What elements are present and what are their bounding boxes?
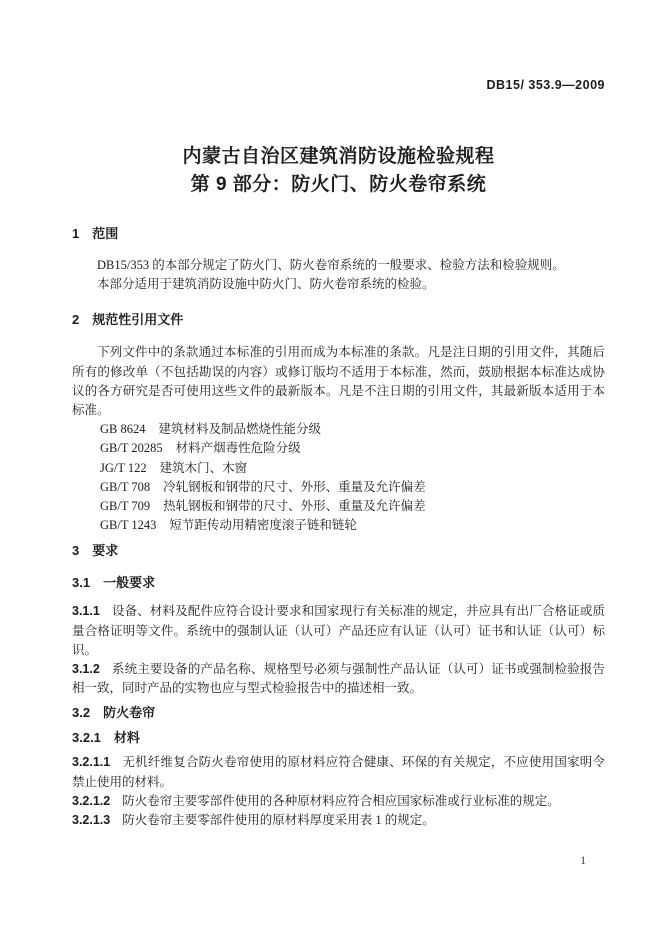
clause-3-1-1-text: 设备、材料及配件应符合设计要求和国家现行有关标准的规定，并应具有出厂合格证或质量… [72,604,605,656]
document-title: 内蒙古自治区建筑消防设施检验规程 第 9 部分：防火门、防火卷帘系统 [72,143,605,199]
reference-code: JG/T 122 [100,461,147,475]
section-3-2-number: 3.2 [72,705,90,720]
reference-title: 材料产烟毒性危险分级 [176,441,301,455]
clause-3-1-1-number: 3.1.1 [72,604,100,618]
section-3-2-heading: 3.2防火卷帘 [72,705,605,721]
doc-number: DB15/ 353.9—2009 [72,78,605,93]
list-item: GB/T 20285材料产烟毒性危险分级 [100,439,605,458]
clause-3-1-2: 3.1.2系统主要设备的产品名称、规格型号必须与强制性产品认证（认可）证书或强制… [72,660,605,698]
list-item: GB/T 1243短节距传动用精密度滚子链和链轮 [100,516,605,535]
normative-references-list: GB 8624建筑材料及制品燃烧性能分级 GB/T 20285材料产烟毒性危险分… [72,420,605,535]
clause-3-2-1-1: 3.2.1.1无机纤维复合防火卷帘使用的原材料应符合健康、环保的有关规定，不应使… [72,753,605,791]
list-item: JG/T 122建筑木门、木窗 [100,459,605,478]
page-number: 1 [580,855,586,867]
reference-code: GB/T 709 [100,499,150,513]
reference-title: 冷轧钢板和钢带的尺寸、外形、重量及允许偏差 [163,480,426,494]
clause-3-2-1-1-text: 无机纤维复合防火卷帘使用的原材料应符合健康、环保的有关规定，不应使用国家明令禁止… [72,755,605,788]
reference-title: 建筑材料及制品燃烧性能分级 [159,422,322,436]
section-1-number: 1 [72,226,79,241]
section-3-label: 要求 [92,543,118,558]
clause-3-2-1-3-number: 3.2.1.3 [72,813,110,827]
section-3-1-number: 3.1 [72,575,90,590]
document-title-line2: 第 9 部分：防火门、防火卷帘系统 [72,171,605,199]
section-2-label: 规范性引用文件 [92,312,183,327]
reference-title: 短节距传动用精密度滚子链和链轮 [169,518,357,532]
document-title-line1: 内蒙古自治区建筑消防设施检验规程 [72,143,605,171]
reference-title: 热轧钢板和钢带的尺寸、外形、重量及允许偏差 [163,499,426,513]
section-1-paragraph-1: DB15/353 的本部分规定了防火门、防火卷帘系统的一般要求、检验方法和检验规… [72,256,605,275]
list-item: GB 8624建筑材料及制品燃烧性能分级 [100,420,605,439]
reference-title: 建筑木门、木窗 [160,461,248,475]
reference-code: GB 8624 [100,422,146,436]
list-item: GB/T 708冷轧钢板和钢带的尺寸、外形、重量及允许偏差 [100,478,605,497]
section-3-heading: 3要求 [72,543,605,559]
list-item: GB/T 709热轧钢板和钢带的尺寸、外形、重量及允许偏差 [100,497,605,516]
reference-code: GB/T 20285 [100,441,163,455]
clause-3-1-1: 3.1.1设备、材料及配件应符合设计要求和国家现行有关标准的规定，并应具有出厂合… [72,602,605,660]
section-2-heading: 2规范性引用文件 [72,312,605,328]
section-1-label: 范围 [92,226,118,241]
clause-3-2-1-3: 3.2.1.3防火卷帘主要零部件使用的原材料厚度采用表 1 的规定。 [72,811,605,830]
clause-3-1-2-text: 系统主要设备的产品名称、规格型号必须与强制性产品认证（认可）证书或强制检验报告相… [72,662,605,695]
clause-3-2-1-3-text: 防火卷帘主要零部件使用的原材料厚度采用表 1 的规定。 [122,813,435,827]
section-3-2-1-label: 材料 [114,730,140,745]
clause-3-2-1-2-number: 3.2.1.2 [72,794,110,808]
reference-code: GB/T 1243 [100,518,156,532]
section-3-1-heading: 3.1一般要求 [72,575,605,591]
document-page: DB15/ 353.9—2009 内蒙古自治区建筑消防设施检验规程 第 9 部分… [0,0,662,936]
reference-code: GB/T 708 [100,480,150,494]
section-3-2-1-number: 3.2.1 [72,730,101,745]
clause-3-2-1-2: 3.2.1.2防火卷帘主要零部件使用的各种原材料应符合相应国家标准或行业标准的规… [72,792,605,811]
document-content: DB15/ 353.9—2009 内蒙古自治区建筑消防设施检验规程 第 9 部分… [72,0,605,830]
clause-3-2-1-2-text: 防火卷帘主要零部件使用的各种原材料应符合相应国家标准或行业标准的规定。 [122,794,560,808]
section-2-number: 2 [72,312,79,327]
section-3-2-label: 防火卷帘 [103,705,155,720]
section-2-paragraph-1: 下列文件中的条款通过本标准的引用而成为本标准的条款。凡是注日期的引用文件，其随后… [72,343,605,420]
section-3-1-label: 一般要求 [103,575,155,590]
section-1-paragraph-2: 本部分适用于建筑消防设施中防火门、防火卷帘系统的检验。 [72,275,605,294]
section-1-heading: 1范围 [72,226,605,242]
section-3-number: 3 [72,543,79,558]
clause-3-1-2-number: 3.1.2 [72,662,100,676]
section-3-2-1-heading: 3.2.1材料 [72,730,605,746]
clause-3-2-1-1-number: 3.2.1.1 [72,755,110,769]
